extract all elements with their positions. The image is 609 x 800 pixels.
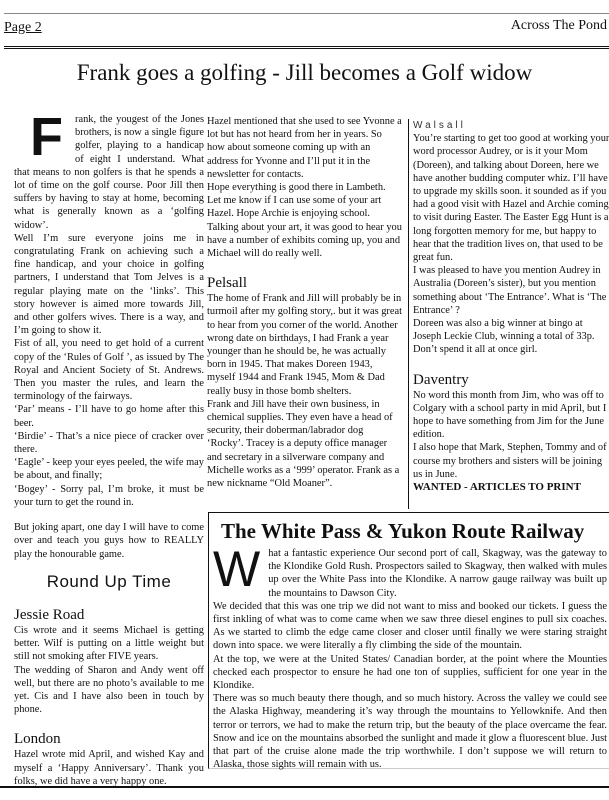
headline: Frank goes a golfing - Jill becomes a Go… (0, 60, 609, 86)
page-header: Page 2 Across The Pond (4, 16, 609, 49)
section-paragraph: Hazel mentioned that she used to see Yvo… (207, 115, 402, 181)
yukon-article-body: W hat a fantastic experience Our second … (213, 547, 607, 771)
section-paragraph: Frank and Jill have their own business, … (207, 398, 402, 490)
bottom-rule (0, 786, 609, 788)
newsletter-title: Across The Pond (511, 18, 607, 34)
article-paragraph: hat a fantastic experience Our second po… (213, 547, 607, 600)
section-paragraph: I also hope that Mark, Stephen, Tommy an… (413, 441, 609, 481)
top-rule (4, 13, 609, 14)
page-number: Page 2 (4, 20, 42, 36)
article-paragraph: ‘Eagle’ - keep your eyes peeled, the wif… (14, 456, 204, 482)
article-paragraph: We decided that this was one trip we did… (213, 600, 607, 653)
section-paragraph: The home of Frank and Jill will probably… (207, 292, 402, 398)
drop-cap: F (30, 115, 63, 159)
section-heading-london: London (14, 730, 204, 748)
article-paragraph: Fist of all, you need to get hold of a c… (14, 337, 204, 403)
article-paragraph: ‘Bogey’ - Sorry pal, I’m broke, it must … (14, 483, 204, 509)
section-paragraph: No word this month from Jim, who was off… (413, 389, 609, 442)
drop-cap: W (213, 549, 260, 589)
section-paragraph: Doreen was also a big winner at bingo at… (413, 317, 609, 357)
section-paragraph: The wedding of Sharon and Andy went off … (14, 664, 204, 717)
yukon-article-box: The White Pass & Yukon Route Railway W h… (208, 512, 609, 769)
section-paragraph: You’re starting to get too good at worki… (413, 132, 609, 264)
article-paragraph: Well I’m sure everyone joins me in congr… (14, 232, 204, 338)
section-heading-daventry: Daventry (413, 371, 609, 389)
wanted-notice: WANTED - ARTICLES TO PRINT (413, 481, 609, 494)
section-paragraph: I was pleased to have you mention Audrey… (413, 264, 609, 317)
section-paragraph: Hope everything is good there in Lambeth… (207, 181, 402, 260)
article-paragraph: There was so much beauty there though, a… (213, 692, 607, 771)
section-heading-jessie-road: Jessie Road (14, 606, 204, 624)
article-closing: But joking apart, one day I will have to… (14, 521, 204, 561)
right-column: Walsall You’re starting to get too good … (408, 119, 609, 509)
section-heading-pelsall: Pelsall (207, 274, 402, 292)
article-paragraph: ‘Par’ means - I’ll have to go home after… (14, 403, 204, 429)
article-paragraph: At the top, we were at the United States… (213, 653, 607, 693)
yukon-article-title: The White Pass & Yukon Route Railway (221, 519, 584, 544)
roundup-title: Round Up Time (14, 575, 204, 588)
middle-column: Hazel mentioned that she used to see Yvo… (207, 115, 402, 490)
section-paragraph: Hazel wrote mid April, and wished Kay an… (14, 748, 204, 788)
article-paragraph: ‘Birdie’ - That’s a nice piece of cracke… (14, 430, 204, 456)
section-paragraph: Cis wrote and it seems Michael is gettin… (14, 624, 204, 664)
golf-article: F rank, the yougest of the Jones brother… (14, 113, 204, 788)
section-heading-walsall: Walsall (413, 119, 609, 132)
